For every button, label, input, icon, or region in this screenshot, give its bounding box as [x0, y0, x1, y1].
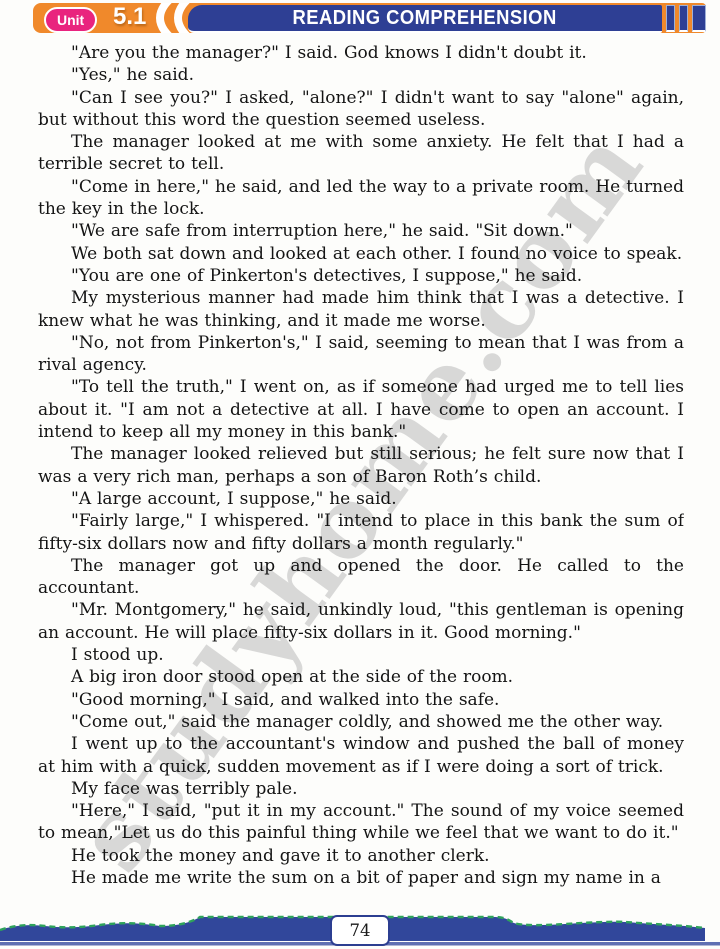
page-number: 74: [350, 921, 371, 940]
story-paragraph: "Fairly large," I whispered. "I intend t…: [38, 510, 684, 555]
stripe-bar-icon: [666, 5, 675, 32]
story-paragraph: "Yes," he said.: [38, 64, 684, 86]
story-paragraph: We both sat down and looked at each othe…: [38, 243, 684, 265]
story-paragraph: "Can I see you?" I asked, "alone?" I did…: [38, 87, 684, 132]
textbook-page: studyhome.com Unit 5.1 READING COMPREHEN…: [0, 0, 720, 949]
story-paragraph: The manager looked relieved but still se…: [38, 443, 684, 488]
story-text: "Are you the manager?" I said. God knows…: [38, 42, 684, 912]
story-paragraph: The manager got up and opened the door. …: [38, 555, 684, 600]
page-footer: 74: [0, 913, 720, 949]
page-number-badge: 74: [330, 915, 390, 946]
stripe-bar-icon: [679, 5, 688, 32]
story-paragraph: "You are one of Pinkerton's detectives, …: [38, 265, 684, 287]
story-paragraph: "Good morning," I said, and walked into …: [38, 689, 684, 711]
story-paragraph: The manager looked at me with some anxie…: [38, 131, 684, 176]
story-paragraph: "No, not from Pinkerton's," I said, seem…: [38, 332, 684, 377]
page-header: Unit 5.1 READING COMPREHENSION: [0, 0, 720, 38]
section-title-bar: READING COMPREHENSION: [188, 5, 662, 33]
unit-badge: Unit: [44, 7, 97, 33]
story-paragraph: My face was terribly pale.: [38, 778, 684, 800]
header-stripes-decoration: [666, 5, 706, 31]
story-paragraph: "Come in here," he said, and led the way…: [38, 176, 684, 221]
story-paragraph: "Here," I said, "put it in my account." …: [38, 800, 684, 845]
story-paragraph: "To tell the truth," I went on, as if so…: [38, 376, 684, 443]
story-paragraph: "Come out," said the manager coldly, and…: [38, 711, 684, 733]
story-paragraph: I went up to the accountant's window and…: [38, 733, 684, 778]
story-paragraph: A big iron door stood open at the side o…: [38, 666, 684, 688]
story-paragraph: "Mr. Montgomery," he said, unkindly loud…: [38, 599, 684, 644]
story-paragraph: He made me write the sum on a bit of pap…: [38, 867, 684, 889]
story-paragraph: "A large account, I suppose," he said.: [38, 488, 684, 510]
section-title: READING COMPREHENSION: [293, 7, 557, 30]
unit-badge-label: Unit: [57, 11, 84, 29]
story-paragraph: He took the money and gave it to another…: [38, 845, 684, 867]
unit-number: 5.1: [113, 3, 146, 31]
stripe-bar-icon: [692, 5, 706, 32]
story-paragraph: "Are you the manager?" I said. God knows…: [38, 42, 684, 64]
story-paragraph: "We are safe from interruption here," he…: [38, 220, 684, 242]
story-paragraph: I stood up.: [38, 644, 684, 666]
story-paragraph: My mysterious manner had made him think …: [38, 287, 684, 332]
